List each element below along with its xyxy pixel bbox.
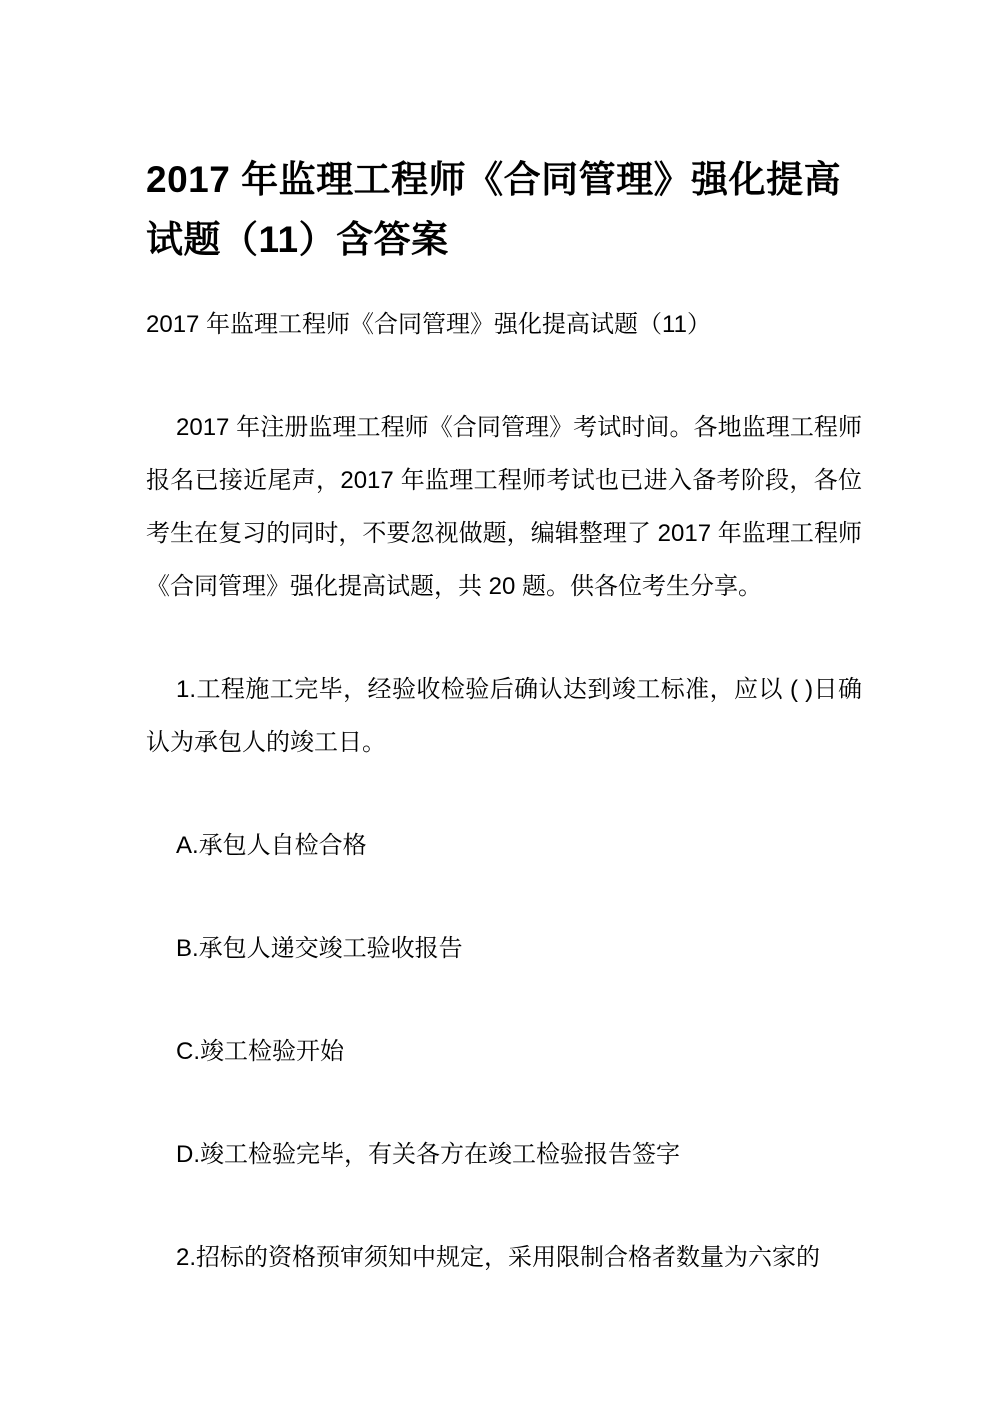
question-1-option-d: D.竣工检验完毕，有关各方在竣工检验报告签字 [146,1128,862,1181]
intro-paragraph: 2017 年注册监理工程师《合同管理》考试时间。各地监理工程师报名已接近尾声，2… [146,401,862,613]
document-title-line1: 2017 年监理工程师《合同管理》强化提高 [146,150,862,210]
document-content: 2017 年监理工程师《合同管理》强化提高 试题（11）含答案 2017 年监理… [146,150,862,1334]
question-1-option-c: C.竣工检验开始 [146,1025,862,1078]
document-page: 2017 年监理工程师《合同管理》强化提高 试题（11）含答案 2017 年监理… [0,0,993,1404]
document-title-line2: 试题（11）含答案 [146,210,862,270]
question-1-option-b: B.承包人递交竣工验收报告 [146,922,862,975]
question-1-option-a: A.承包人自检合格 [146,819,862,872]
document-subtitle: 2017 年监理工程师《合同管理》强化提高试题（11） [146,298,862,351]
question-2-text: 2.招标的资格预审须知中规定，采用限制合格者数量为六家的 [146,1231,862,1284]
document-title: 2017 年监理工程师《合同管理》强化提高 试题（11）含答案 [146,150,862,270]
question-1-text: 1.工程施工完毕，经验收检验后确认达到竣工标准，应以 ( )日确认为承包人的竣工… [146,663,862,769]
